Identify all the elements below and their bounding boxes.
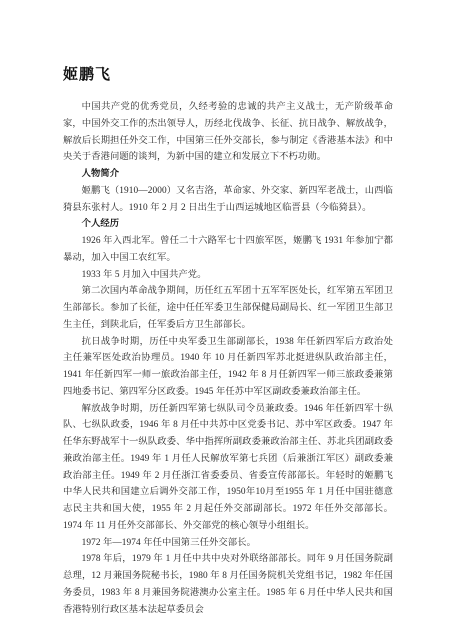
paragraph-foreign-minister: 1972 年—1974 年任中国第三任外交部长。 <box>63 535 393 552</box>
document-page: 姬鹏飞 中国共产党的优秀党员，久经考验的忠诚的共产主义战士，无产阶级革命家，中国… <box>0 0 450 636</box>
paragraph-civil-war: 第二次国内革命战争期间，历任红五军团十五军军医处长，红军第五军团卫生部部长。参加… <box>63 283 393 333</box>
section-heading-experience: 个人经历 <box>63 216 393 233</box>
document-content: 姬鹏飞 中国共产党的优秀党员，久经考验的忠诚的共产主义战士，无产阶级革命家，中国… <box>0 0 450 618</box>
paragraph-liberation-war: 解放战争时期，历任新四军第七纵队司令员兼政委。1946 年任新四军十纵队、七纵队… <box>63 401 393 535</box>
paragraph-anti-japanese-war: 抗日战争时期，历任中央军委卫生部副部长，1938 年任新四军后方政治处主任兼军医… <box>63 334 393 401</box>
paragraph-intro: 中国共产党的优秀党员，久经考验的忠诚的共产主义战士，无产阶级革命家，中国外交工作… <box>63 99 393 166</box>
section-heading-profile: 人物简介 <box>63 166 393 183</box>
doc-title: 姬鹏飞 <box>63 66 393 85</box>
paragraph-1978-later: 1978 年后，1979 年 1 月任中共中央对外联络部部长。同年 9 月任国务… <box>63 551 393 618</box>
paragraph-profile: 姬鹏飞（1910—2000）又名吉洛，革命家、外交家、新四军老战士，山西临猗县东… <box>63 183 393 217</box>
paragraph-1926: 1926 年入西北军。曾任二十六路军七十四旅军医，姬鹏飞 1931 年参加宁都暴… <box>63 233 393 267</box>
paragraph-1933: 1933 年 5 月加入中国共产党。 <box>63 267 393 284</box>
